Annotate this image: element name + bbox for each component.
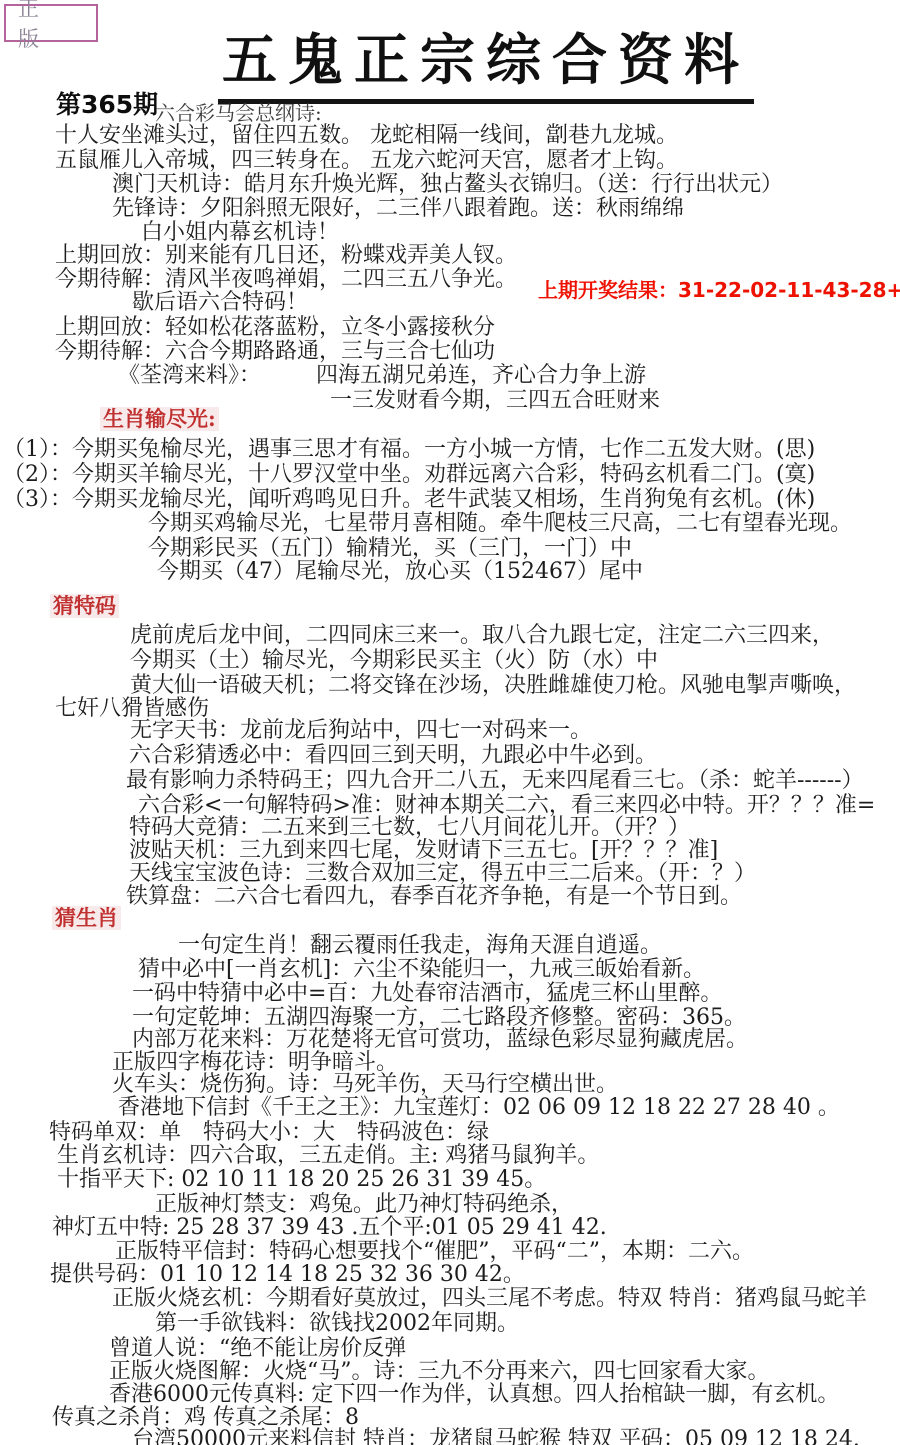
last-draw-result-label: 上期开奖结果：: [538, 278, 678, 302]
text-line: 今期买（47）尾输尽光，放心买（152467）尾中: [157, 560, 643, 583]
text-line: 香港6000元传真料: 定下四一作为伴，认真想。四人抬棺缺一脚，有玄机。: [109, 1383, 839, 1406]
text-line: 第一手欲钱料：欲钱找2002年同期。: [155, 1312, 519, 1335]
text-line: 七奸八猾皆感伤: [55, 697, 209, 720]
text-line: 正版特平信封：特码心想要找个“催肥”，平码“二”，本期：二六。: [115, 1240, 754, 1263]
text-line: 正版火烧玄机：今期看好莫放过，四头三尾不考虑。特双 特肖：猪鸡鼠马蛇羊: [112, 1287, 867, 1310]
text-line: 今期彩民买（五门）输精光，买（三门，一门）中: [148, 537, 632, 560]
text-line: 曾道人说：“绝不能让房价反弹: [109, 1337, 406, 1360]
text-line: 香港地下信封《千王之王》：九宝莲灯：02 06 09 12 18 22 27 2…: [118, 1096, 840, 1119]
text-line: 提供号码：01 10 12 14 18 25 32 36 30 42。: [50, 1263, 525, 1286]
text-line: 特码单双：单 特码大小：大 特码波色：绿: [49, 1121, 489, 1144]
text-line: 波贴天机：三九到来四七尾，发财请下三五七。[开？？？准]: [129, 839, 718, 862]
section-header: 生肖输尽光:: [100, 407, 219, 431]
text-line: 正版四字梅花诗：明争暗斗。: [112, 1051, 398, 1074]
section-header: 猜特码: [50, 594, 119, 618]
text-line: 传真之杀肖：鸡 传真之杀尾：8: [52, 1406, 359, 1429]
text-line: 六合彩马会总纲诗:: [155, 103, 322, 124]
text-line: 一句定乾坤：五湖四海聚一方，二七路段齐修整。密码：365。: [132, 1006, 746, 1029]
text-line: 先锋诗：夕阳斜照无限好，二三伴八跟着跑。送：秋雨绵绵: [112, 197, 684, 220]
text-line: 内部万花来料：万花楚将无官可赏功，蓝绿色彩尽显狗藏虎居。: [132, 1028, 748, 1051]
text-line: 一句定生肖！翻云覆雨任我走，海角天涯自逍遥。: [178, 934, 662, 957]
text-line: 歇后语六合特码！: [132, 291, 308, 314]
section-header: 猜生肖: [52, 906, 121, 930]
text-line: 五鼠雁儿入帝城，四三转身在。 五龙六蛇河天宫，愿者才上钩。: [55, 149, 678, 172]
last-draw-result: 上期开奖结果：31-22-02-11-43-28+12: [538, 274, 900, 303]
text-line: 十人安坐滩头过，留住四五数。 龙蛇相隔一线间，劏巷九龙城。: [55, 124, 678, 147]
lottery-info-sheet: 正 版 五鬼正宗综合资料 第365期 上期开奖结果：31-22-02-11-43…: [0, 0, 900, 1445]
text-line: 白小姐内幕玄机诗！: [141, 221, 339, 244]
text-line: 六合彩猜透必中：看四回三到天明，九跟必中牛必到。: [129, 744, 657, 767]
issue-number: 第365期: [56, 85, 158, 121]
text-line: 一码中特猜中必中=百：九处春帘洁酒市，猛虎三杯山里醉。: [132, 982, 722, 1005]
text-line: 生肖玄机诗：四六合取，三五走俏。主: 鸡猪马鼠狗羊。: [57, 1144, 599, 1167]
page-title: 五鬼正宗综合资料: [218, 16, 754, 104]
text-line: 今期待解：六合今期路路通，三与三合七仙功: [55, 340, 495, 363]
text-line: 无字天书：龙前龙后狗站中，四七一对码来一。: [130, 719, 592, 742]
text-line: 一三发财看今期，三四五合旺财来: [330, 389, 660, 412]
text-line: 神灯五中特: 25 28 37 39 43 .五个平:01 05 29 41 4…: [52, 1216, 607, 1239]
text-line: 十指平天下: 02 10 11 18 20 25 26 31 39 45。: [57, 1168, 546, 1191]
text-line: 上期回放：别来能有几日还，粉蝶戏弄美人钗。: [55, 244, 517, 267]
text-line: （1）：今期买兔榆尽光，遇事三思才有福。一方小城一方情，七作二五发大财。(思): [3, 438, 815, 461]
text-line: 火车头：烧伤狗。诗：马死羊伤，天马行空横出世。: [112, 1073, 618, 1096]
text-line: 正版神灯禁支：鸡兔。此乃神灯特码绝杀，: [155, 1193, 573, 1216]
text-line: 台湾50000元来料信封 特肖：龙猪鼠马蛇猴 特双 平码：05 09 12 18…: [132, 1428, 860, 1445]
text-line: 澳门天机诗：皓月东升焕光辉，独占鳌头衣锦归。（送：行行出状元）: [112, 173, 783, 196]
text-line: （2）：今期买羊输尽光，十八罗汉堂中坐。劝群远离六合彩，特码玄机看二门。(寞): [3, 463, 815, 486]
text-line: 特码大竞猜：二五来到三七数，七八月间花儿开。（开？）: [129, 816, 690, 839]
text-line: 最有影响力杀特码王；四九合开二八五，无来四尾看三七。（杀：蛇羊------）: [126, 769, 864, 792]
text-line: 猜中必中[一肖玄机]：六尘不染能归一，九戒三皈始看新。: [138, 958, 705, 981]
text-line: 正版火烧图解：火烧“马”。诗：三九不分再来六，四七回家看大家。: [109, 1360, 770, 1383]
certified-badge: 正 版: [4, 4, 98, 42]
text-line: 《荃湾来料》： 四海五湖兄弟连，齐心合力争上游: [118, 364, 646, 387]
text-line: 今期买（土）输尽光，今期彩民买主（火）防（水）中: [130, 649, 658, 672]
text-line: 黄大仙一语破天机；二将交锋在沙场，决胜雌雄使刀枪。风驰电掣声嘶唤，: [130, 674, 856, 697]
text-line: 铁算盘：二六合七看四九，春季百花齐争艳，有是一个节日到。: [126, 885, 742, 908]
text-line: （3）：今期买龙输尽光，闻听鸡鸣见日升。老牛武装又相场，生肖狗兔有玄机。(休): [3, 488, 815, 511]
text-line: 今期买鸡输尽光，七星带月喜相随。牵牛爬枝三尺高，二七有望春光现。: [148, 512, 852, 535]
text-line: 六合彩<一句解特码>准：财神本期关二六，看三来四必中特。开？？？准=: [138, 794, 875, 817]
text-line: 上期回放：轻如松花落蓝粉，立冬小露接秋分: [55, 316, 495, 339]
text-line: 虎前虎后龙中间，二四同床三来一。取八合九跟七定，注定二六三四来，: [130, 624, 834, 647]
certified-badge-label: 正 版: [18, 0, 96, 53]
text-line: 今期待解：清风半夜鸣禅娟，二四三五八争光。: [55, 268, 517, 291]
last-draw-result-numbers: 31-22-02-11-43-28+12: [678, 278, 900, 302]
text-line: 天线宝宝波色诗：三数合双加三定，得五中三二后来。（开：？）: [129, 862, 756, 885]
